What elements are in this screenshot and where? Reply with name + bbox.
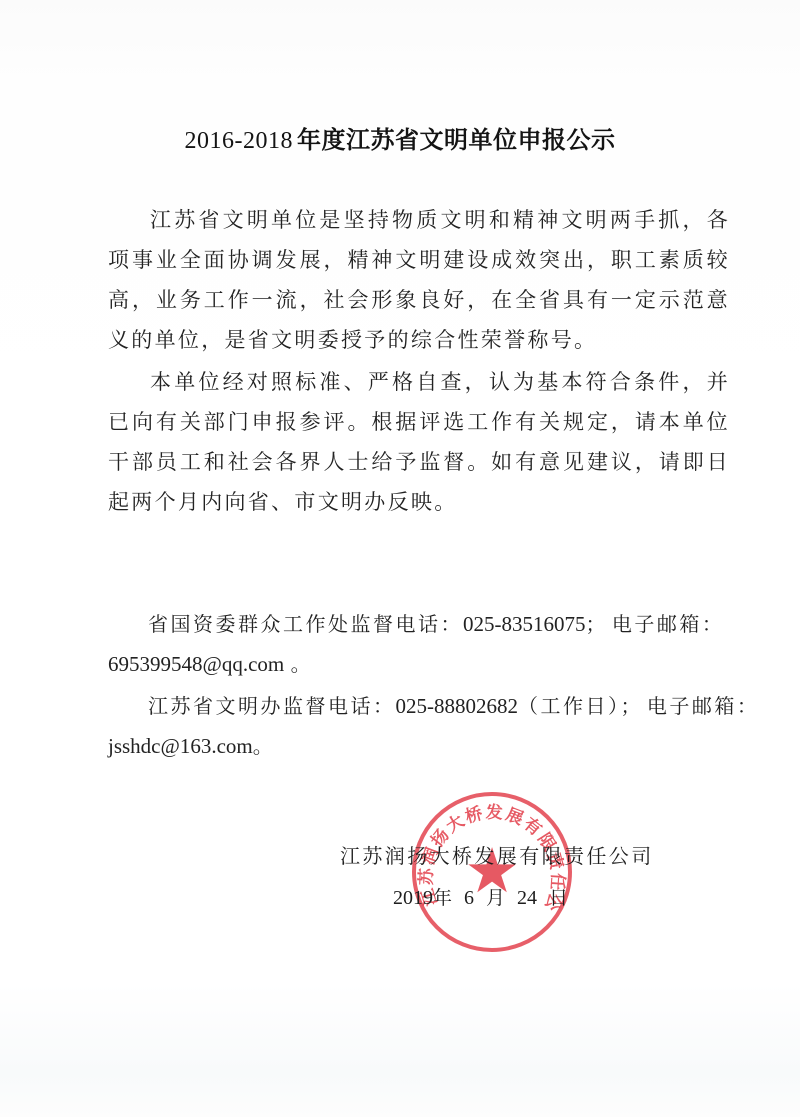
date-month-unit: 月	[486, 887, 505, 909]
contact-sasac-email-suffix: 。	[284, 652, 310, 676]
contact-office-label: 江苏省文明办监督电话：	[148, 694, 396, 718]
title-text: 年度江苏省文明单位申报公示	[297, 128, 616, 154]
contact-sasac-phone-suffix: ；	[586, 612, 606, 636]
contact-office-line2: jsshdc@163.com。	[108, 726, 730, 766]
contact-sasac-phone: 025-83516075	[463, 612, 586, 636]
contact-civilization-office: 江苏省文明办监督电话：025-88802682（工作日）； 电子邮箱： jssh…	[108, 686, 730, 766]
contact-office-email-label: 电子邮箱：	[647, 694, 760, 718]
contact-sasac-label: 省国资委群众工作处监督电话：	[148, 612, 463, 636]
contact-sasac-email[interactable]: 695399548@qq.com	[108, 652, 284, 676]
signature-date: 2019年6月24日	[393, 884, 568, 912]
contact-office-email[interactable]: jsshdc@163.com	[108, 734, 253, 758]
date-day: 24	[517, 887, 537, 909]
date-day-unit: 日	[549, 887, 568, 909]
paragraph-notice: 本单位经对照标准、严格自查，认为基本符合条件，并已向有关部门申报参评。根据评选工…	[108, 362, 730, 522]
paragraph-intro: 江苏省文明单位是坚持物质文明和精神文明两手抓，各项事业全面协调发展，精神文明建设…	[108, 200, 730, 360]
date-year-unit: 年	[433, 887, 452, 909]
contact-office-email-suffix: 。	[253, 734, 273, 758]
date-month: 6	[464, 887, 474, 909]
contact-office-phone-note: （工作日）	[518, 694, 621, 718]
contact-office-phone: 025-88802682	[396, 694, 519, 718]
signature-company: 江苏润扬大桥发展有限责任公司	[340, 842, 654, 870]
title-year: 2016-2018	[185, 128, 294, 154]
date-year: 2019	[393, 887, 433, 909]
contact-sasac: 省国资委群众工作处监督电话：025-83516075； 电子邮箱： 695399…	[108, 604, 730, 684]
company-seal: 江苏润扬大桥发展有限责任公司 ★	[412, 792, 572, 952]
contact-sasac-email-label: 电子邮箱：	[612, 612, 725, 636]
document-title: 2016-2018年度江苏省文明单位申报公示	[0, 124, 800, 158]
contact-sasac-line2: 695399548@qq.com 。	[108, 644, 730, 684]
contact-sasac-line1: 省国资委群众工作处监督电话：025-83516075； 电子邮箱：	[108, 604, 730, 644]
page-background	[0, 0, 800, 1117]
contact-office-phone-suffix: ；	[621, 694, 641, 718]
contact-office-line1: 江苏省文明办监督电话：025-88802682（工作日）； 电子邮箱：	[108, 686, 730, 726]
